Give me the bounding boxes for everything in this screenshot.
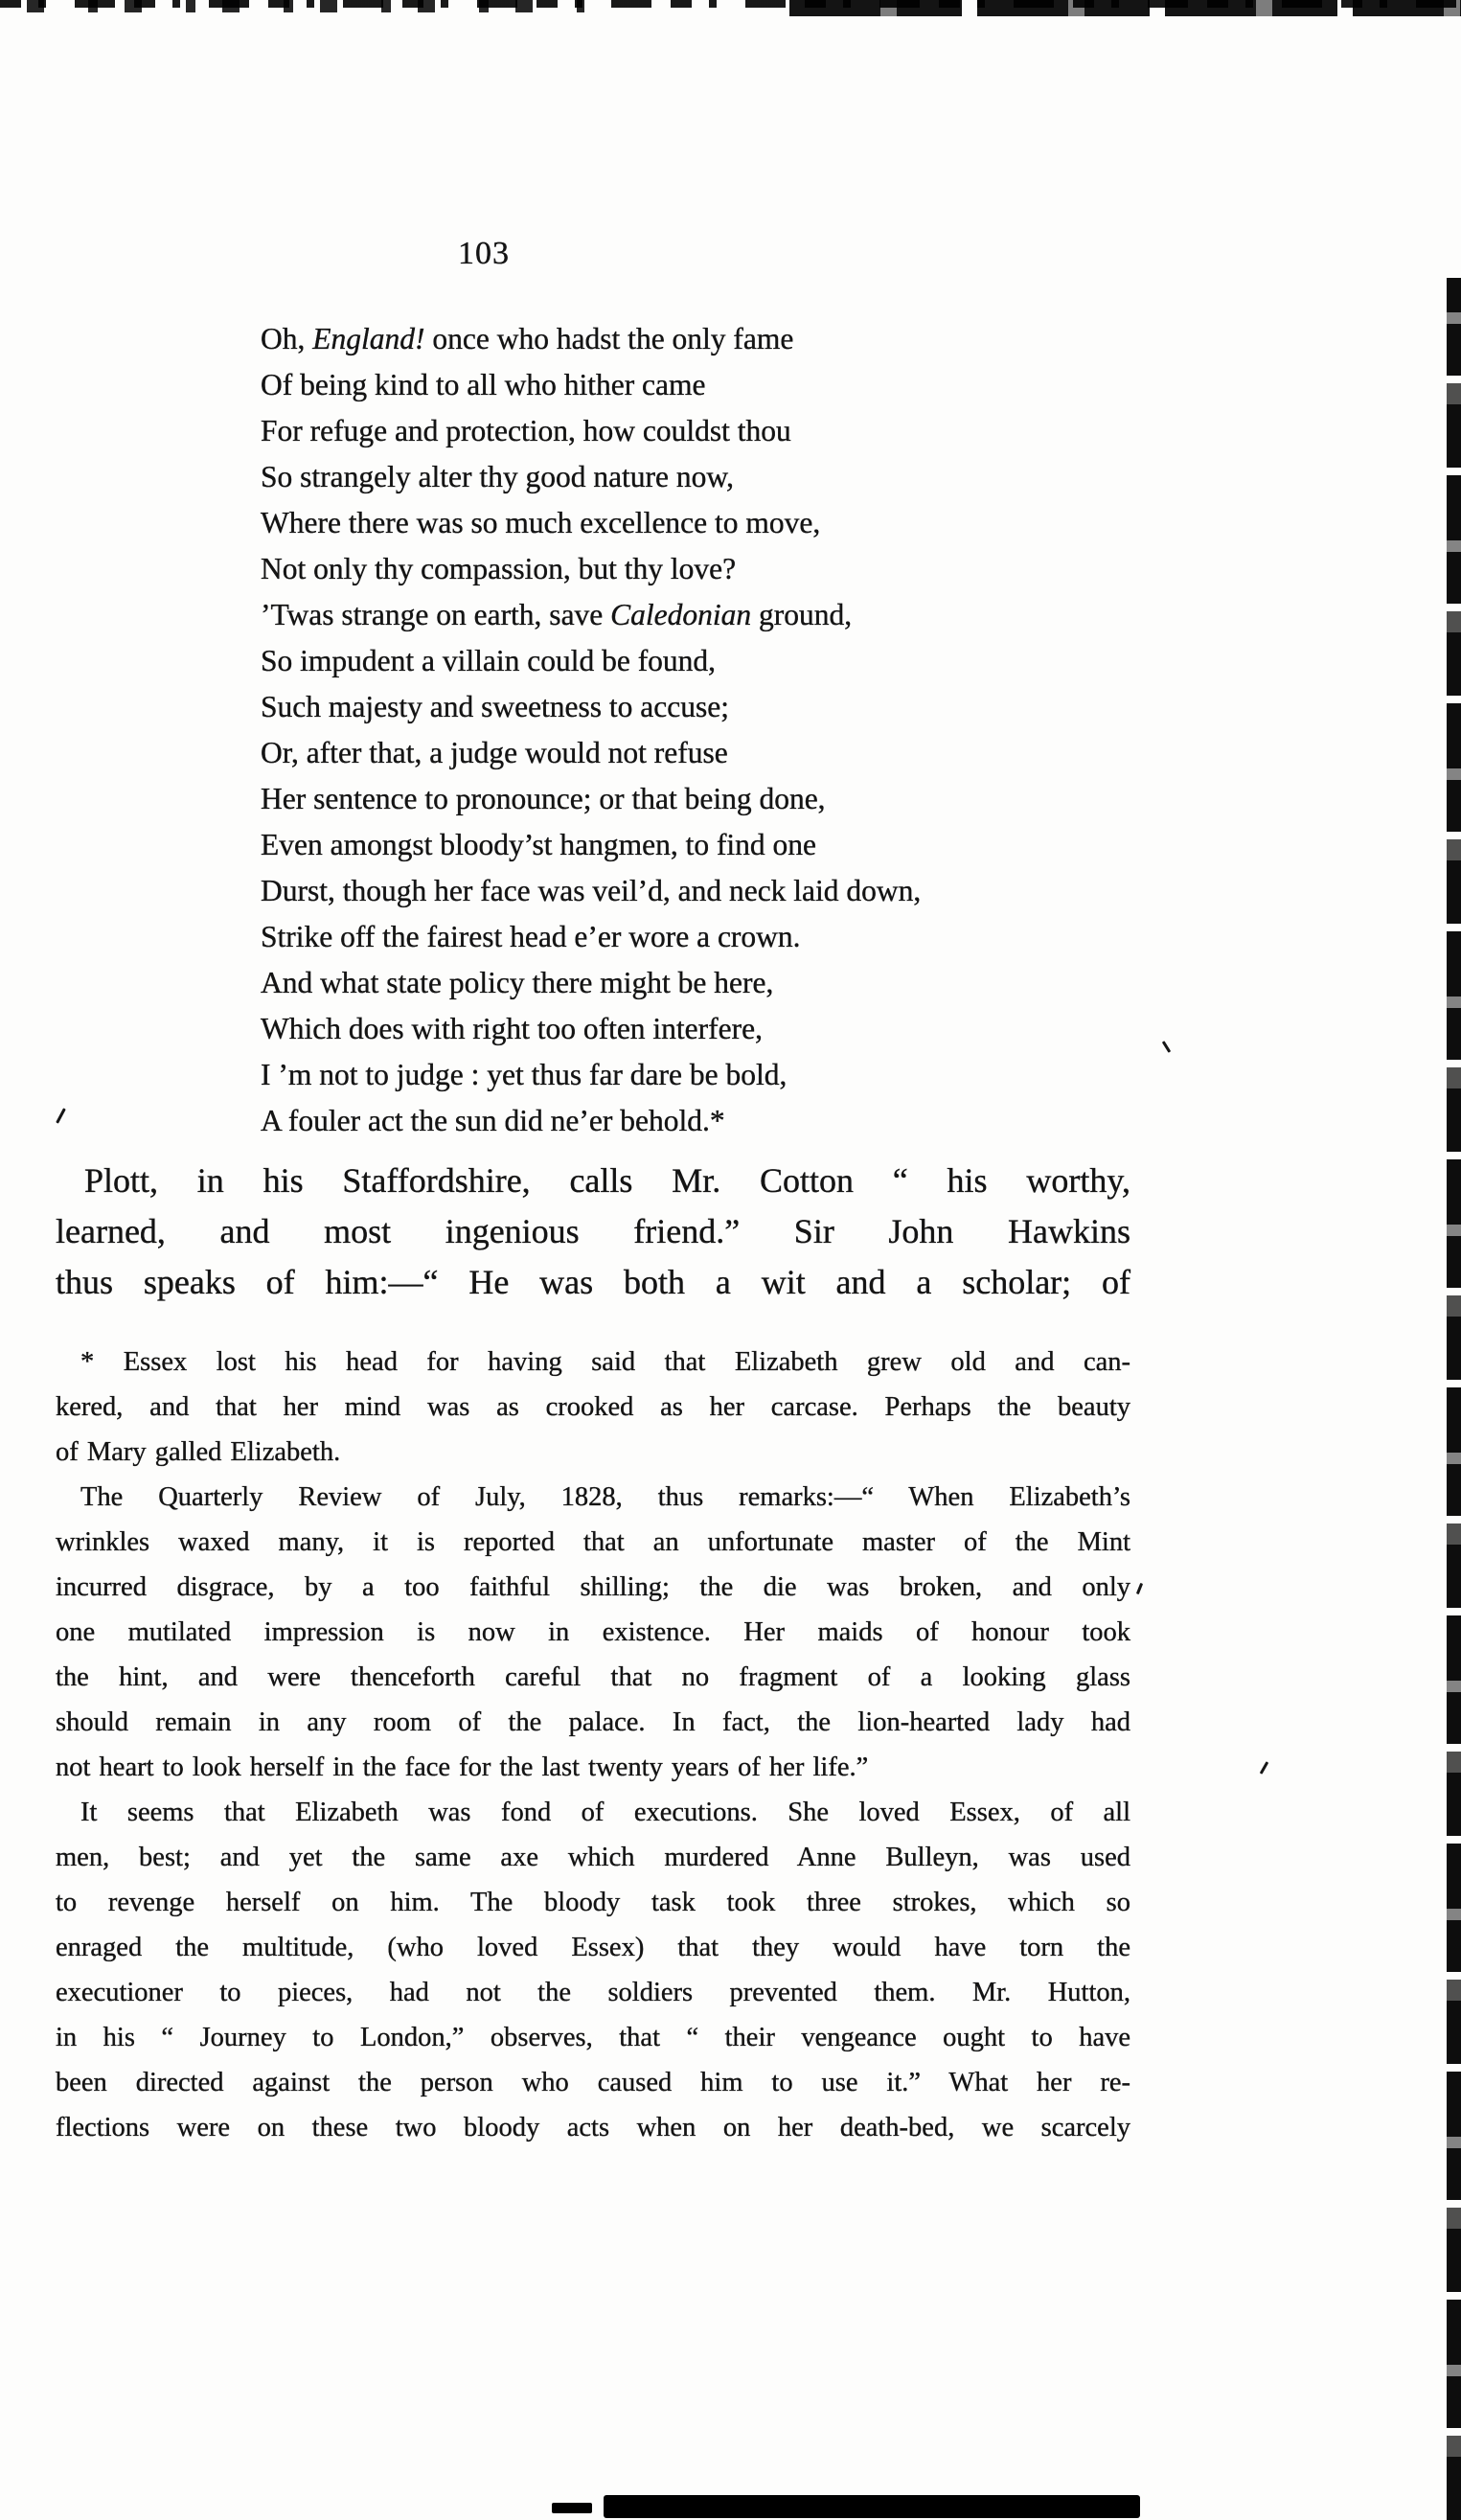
scan-speck xyxy=(1260,1761,1269,1775)
footnote-line: flections were on these two bloody acts … xyxy=(56,2105,1130,2150)
paragraph-line: Plott, in his Staffordshire, calls Mr. C… xyxy=(56,1156,1130,1206)
footnote-paragraph-2: The Quarterly Review of July, 1828, thus… xyxy=(56,1475,1130,1790)
scan-artifact-top-edge xyxy=(0,0,1461,8)
footnote-line: wrinkles waxed many, it is reported that… xyxy=(56,1520,1130,1565)
footnote-line: enraged the multitude, (who loved Essex)… xyxy=(56,1925,1130,1970)
poem-line: So impudent a villain could be found, xyxy=(261,638,1161,684)
poem: Oh, England! once who hadst the only fam… xyxy=(261,316,1161,1144)
poem-line: Durst, though her face was veil’d, and n… xyxy=(261,868,1161,914)
footnote-paragraph-1: * Essex lost his head for having said th… xyxy=(56,1340,1130,1475)
scan-artifact-bottom-dash xyxy=(552,2503,592,2513)
poem-line: Her sentence to pronounce; or that being… xyxy=(261,776,1161,822)
poem-line: Where there was so much excellence to mo… xyxy=(261,500,1161,546)
poem-line: Not only thy compassion, but thy love? xyxy=(261,546,1161,592)
main-paragraph: Plott, in his Staffordshire, calls Mr. C… xyxy=(56,1156,1130,1308)
footnote-line: executioner to pieces, had not the soldi… xyxy=(56,1970,1130,2015)
poem-line: Strike off the fairest head e’er wore a … xyxy=(261,914,1161,960)
poem-line: So strangely alter thy good nature now, xyxy=(261,454,1161,500)
footnote-line: * Essex lost his head for having said th… xyxy=(56,1340,1130,1385)
footnote-line: of Mary galled Elizabeth. xyxy=(56,1430,1130,1475)
poem-line: For refuge and protection, how couldst t… xyxy=(261,408,1161,454)
footnote-line: The Quarterly Review of July, 1828, thus… xyxy=(56,1475,1130,1520)
page-number: 103 xyxy=(0,236,968,272)
scan-speck xyxy=(1136,1583,1143,1594)
footnote-line: incurred disgrace, by a too faithful shi… xyxy=(56,1565,1130,1610)
footnote-line: should remain in any room of the palace.… xyxy=(56,1700,1130,1745)
poem-line: Even amongst bloody’st hangmen, to find … xyxy=(261,822,1161,868)
footnote-line: not heart to look herself in the face fo… xyxy=(56,1745,1130,1790)
footnote-line: kered, and that her mind was as crooked … xyxy=(56,1385,1130,1430)
footnote-line: to revenge herself on him. The bloody ta… xyxy=(56,1880,1130,1925)
footnote-section: * Essex lost his head for having said th… xyxy=(56,1340,1130,2150)
footnote-line: been directed against the person who cau… xyxy=(56,2060,1130,2105)
footnote-paragraph-3: It seems that Elizabeth was fond of exec… xyxy=(56,1790,1130,2150)
scan-speck xyxy=(56,1108,66,1123)
paragraph-line: thus speaks of him:—“ He was both a wit … xyxy=(56,1257,1130,1308)
poem-line: Such majesty and sweetness to accuse; xyxy=(261,684,1161,730)
scan-artifact-bottom-edge xyxy=(604,2495,1140,2518)
poem-line: And what state policy there might be her… xyxy=(261,960,1161,1006)
poem-line: ’Twas strange on earth, save Caledonian … xyxy=(261,592,1161,638)
scan-artifact-top-edge-right xyxy=(789,0,1461,16)
poem-line: A fouler act the sun did ne’er behold.* xyxy=(261,1098,1161,1144)
footnote-line: the hint, and were thenceforth careful t… xyxy=(56,1655,1130,1700)
footnote-line: men, best; and yet the same axe which mu… xyxy=(56,1835,1130,1880)
scan-artifact-right-edge xyxy=(1447,278,1461,2520)
footnote-line: in his “ Journey to London,” observes, t… xyxy=(56,2015,1130,2060)
book-page: 103 Oh, England! once who hadst the only… xyxy=(0,0,1461,2520)
paragraph-line: learned, and most ingenious friend.” Sir… xyxy=(56,1206,1130,1257)
poem-line: Or, after that, a judge would not refuse xyxy=(261,730,1161,776)
poem-line: Of being kind to all who hither came xyxy=(261,362,1161,408)
poem-line: I ’m not to judge : yet thus far dare be… xyxy=(261,1052,1161,1098)
poem-line: Which does with right too often interfer… xyxy=(261,1006,1161,1052)
footnote-line: one mutilated impression is now in exist… xyxy=(56,1610,1130,1655)
footnote-line: It seems that Elizabeth was fond of exec… xyxy=(56,1790,1130,1835)
scan-speck xyxy=(1162,1041,1171,1053)
poem-line: Oh, England! once who hadst the only fam… xyxy=(261,316,1161,362)
scan-artifact-top-edge-left xyxy=(0,0,584,12)
